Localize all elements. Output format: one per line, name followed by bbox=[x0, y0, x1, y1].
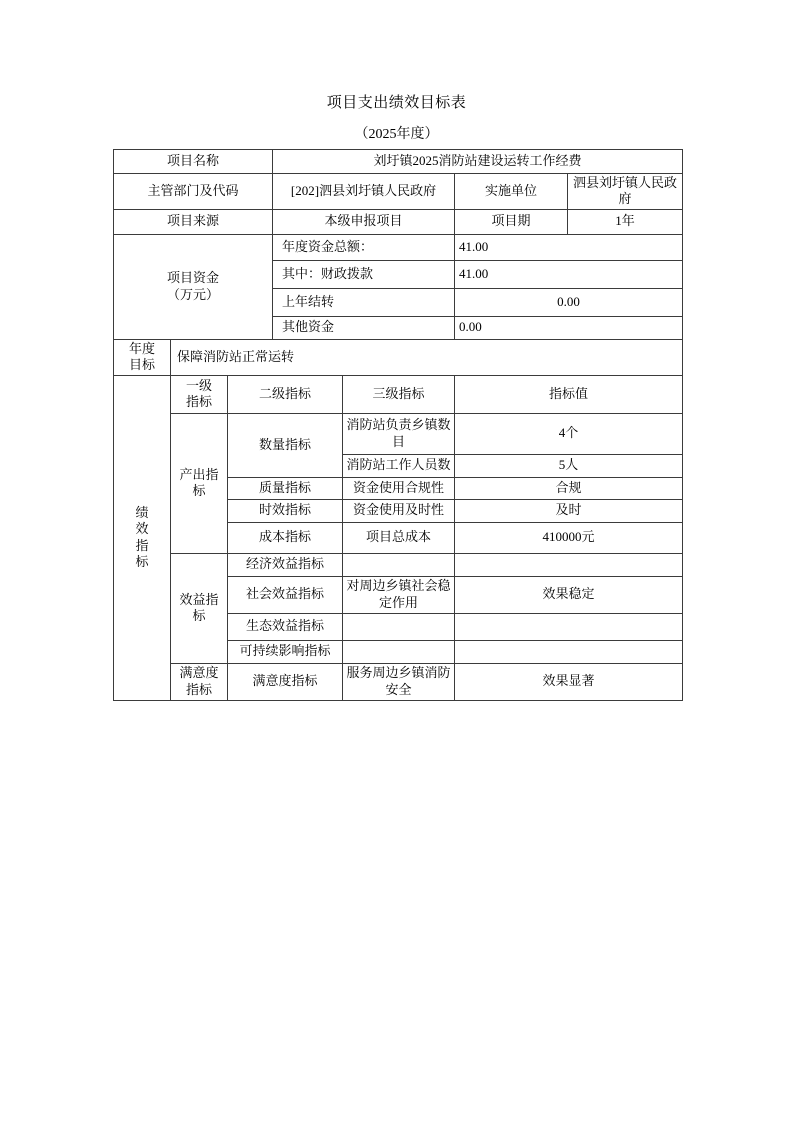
indicator-l3-cell: 服务周边乡镇消防 安全 bbox=[343, 663, 455, 700]
indicator-value-cell: 效果稳定 bbox=[455, 576, 683, 613]
indicator-l3-cell: 项目总成本 bbox=[343, 522, 455, 553]
impl-unit-value-cell: 泗县刘圩镇人民政 府 bbox=[568, 174, 683, 210]
indicator-l3-cell: 消防站工作人员数 bbox=[343, 454, 455, 477]
performance-target-table: 项目名称 刘圩镇2025消防站建设运转工作经费 主管部门及代码 [202]泗县刘… bbox=[113, 149, 683, 701]
indicator-value-cell: 效果显著 bbox=[455, 663, 683, 700]
indicator-l3-cell: 资金使用及时性 bbox=[343, 499, 455, 522]
header-value-cell: 指标值 bbox=[455, 375, 683, 413]
indicator-l2-cell: 经济效益指标 bbox=[228, 553, 343, 576]
project-period-label-cell: 项目期 bbox=[455, 209, 568, 234]
funds-other-value-cell: 0.00 bbox=[455, 316, 683, 339]
dept-code-label-cell: 主管部门及代码 bbox=[114, 174, 273, 210]
indicator-value-cell: 合规 bbox=[455, 477, 683, 499]
indicator-l2-cell: 成本指标 bbox=[228, 522, 343, 553]
indicator-l2-cell: 社会效益指标 bbox=[228, 576, 343, 613]
indicator-value-cell bbox=[455, 640, 683, 663]
indicator-l3-cell: 资金使用合规性 bbox=[343, 477, 455, 499]
indicator-value-cell bbox=[455, 613, 683, 640]
indicator-value-cell: 410000元 bbox=[455, 522, 683, 553]
funds-fiscal-label-cell: 其中：财政拨款 bbox=[273, 260, 455, 288]
indicator-value-cell: 及时 bbox=[455, 499, 683, 522]
dept-code-value-cell: [202]泗县刘圩镇人民政府 bbox=[273, 174, 455, 210]
funds-total-label-cell: 年度资金总额： bbox=[273, 234, 455, 260]
indicator-l3-cell bbox=[343, 613, 455, 640]
benefit-group-cell: 效益指 标 bbox=[171, 553, 228, 663]
funds-label-cell: 项目资金 （万元） bbox=[114, 234, 273, 339]
page-title: 项目支出绩效目标表 bbox=[0, 91, 793, 112]
project-source-label-cell: 项目来源 bbox=[114, 209, 273, 234]
output-group-cell: 产出指 标 bbox=[171, 413, 228, 553]
header-level2-cell: 二级指标 bbox=[228, 375, 343, 413]
funds-other-label-cell: 其他资金 bbox=[273, 316, 455, 339]
indicator-l3-cell bbox=[343, 640, 455, 663]
indicator-l2-cell: 生态效益指标 bbox=[228, 613, 343, 640]
funds-fiscal-value-cell: 41.00 bbox=[455, 260, 683, 288]
indicator-l2-cell: 时效指标 bbox=[228, 499, 343, 522]
indicator-value-cell: 4个 bbox=[455, 413, 683, 454]
satisfaction-group-cell: 满意度 指标 bbox=[171, 663, 228, 700]
indicator-l2-cell: 可持续影响指标 bbox=[228, 640, 343, 663]
indicator-l2-cell: 满意度指标 bbox=[228, 663, 343, 700]
indicator-value-cell: 5人 bbox=[455, 454, 683, 477]
indicator-l3-cell: 消防站负责乡镇数 目 bbox=[343, 413, 455, 454]
impl-unit-label-cell: 实施单位 bbox=[455, 174, 568, 210]
funds-total-value-cell: 41.00 bbox=[455, 234, 683, 260]
project-name-value-cell: 刘圩镇2025消防站建设运转工作经费 bbox=[273, 150, 683, 174]
perf-section-label-cell: 绩 效 指 标 bbox=[114, 375, 171, 700]
indicator-l2-cell: 数量指标 bbox=[228, 413, 343, 477]
page-subtitle: （2025年度） bbox=[0, 123, 793, 143]
project-name-label-cell: 项目名称 bbox=[114, 150, 273, 174]
funds-carryover-value-cell: 0.00 bbox=[455, 288, 683, 316]
indicator-l3-cell bbox=[343, 553, 455, 576]
annual-goal-label-cell: 年度 目标 bbox=[114, 339, 171, 375]
indicator-value-cell bbox=[455, 553, 683, 576]
annual-goal-value-cell: 保障消防站正常运转 bbox=[171, 339, 683, 375]
header-level3-cell: 三级指标 bbox=[343, 375, 455, 413]
header-level1-cell: 一级 指标 bbox=[171, 375, 228, 413]
indicator-l2-cell: 质量指标 bbox=[228, 477, 343, 499]
project-period-value-cell: 1年 bbox=[568, 209, 683, 234]
indicator-l3-cell: 对周边乡镇社会稳 定作用 bbox=[343, 576, 455, 613]
funds-carryover-label-cell: 上年结转 bbox=[273, 288, 455, 316]
project-source-value-cell: 本级申报项目 bbox=[273, 209, 455, 234]
